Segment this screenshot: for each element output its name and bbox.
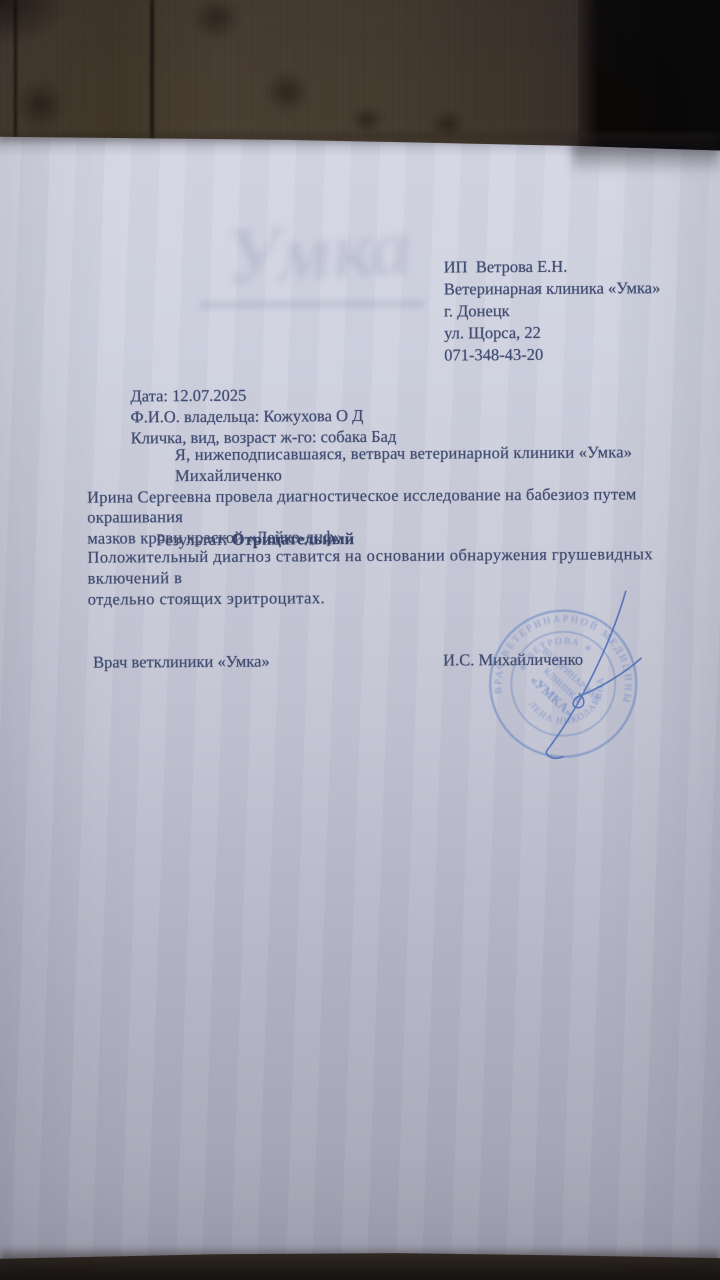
letterhead-line-street: ул. Щорса, 22	[444, 321, 661, 344]
wood-knot	[14, 80, 66, 130]
letterhead-line-city: г. Донецк	[444, 299, 661, 322]
wood-knot	[263, 70, 311, 114]
wood-dark-area	[578, 0, 720, 152]
letterhead-line-clinic-name: Ветеринарная клиника «Умка»	[444, 277, 661, 300]
wood-knot	[190, 0, 242, 40]
wood-corner-shadow	[0, 0, 70, 46]
document-content: Умка ИП Ветрова Е.Н. Ветеринарная клиник…	[0, 0, 720, 1280]
wood-knot	[350, 106, 384, 134]
owner-line: Ф.И.О. владельца: Кожухова О Д	[131, 406, 397, 428]
signature-caption: Врач ветклиники «Умка»	[93, 652, 270, 674]
plank-seam	[150, 0, 154, 152]
letterhead-line-phone: 071-348-43-20	[444, 343, 661, 366]
letterhead-line-company-owner: ИП Ветрова Е.Н.	[444, 255, 661, 278]
plank-seam	[14, 0, 17, 152]
letterhead-watermark: Умка	[223, 199, 458, 303]
pen-signature	[460, 578, 681, 779]
letterhead-block: ИП Ветрова Е.Н. Ветеринарная клиника «Ум…	[444, 255, 661, 366]
wood-table-top	[0, 0, 720, 152]
signature-curve-stroke	[573, 658, 642, 707]
date-line: Дата: 12.07.2025	[130, 385, 396, 407]
wood-shadow-smoke	[572, 140, 720, 174]
statement-line: Я, нижеподписавшаяся, ветврач ветеринарн…	[87, 442, 719, 487]
record-fields-block: Дата: 12.07.2025 Ф.И.О. владельца: Кожух…	[130, 385, 396, 449]
photo-of-document: Умка ИП Ветрова Е.Н. Ветеринарная клиник…	[0, 0, 720, 1280]
signature-long-stroke	[545, 591, 626, 758]
watermark-underline	[200, 300, 424, 309]
